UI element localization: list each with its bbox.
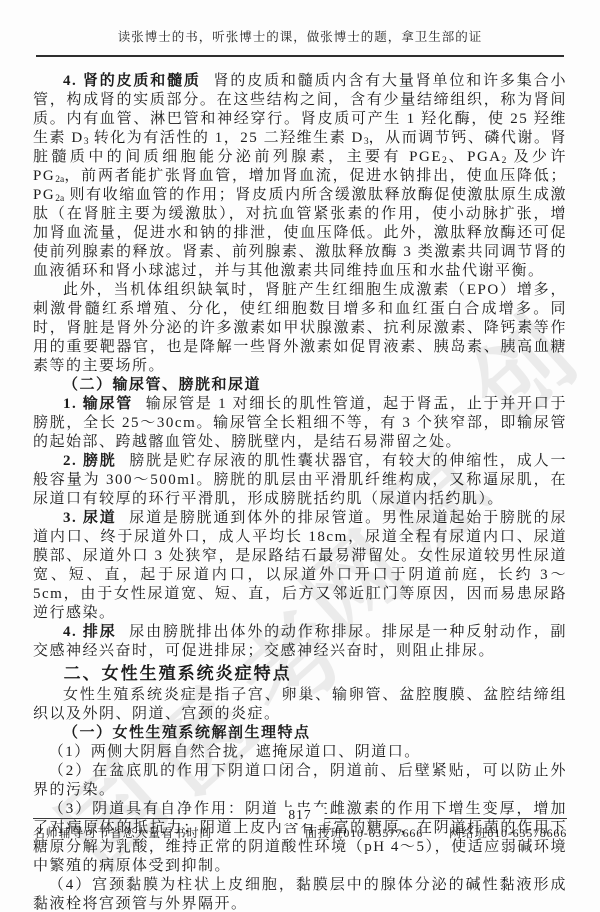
subsection-heading: （二）输尿管、膀胱和尿道	[33, 376, 567, 395]
document-body: 4. 肾的皮质和髓质肾的皮质和髓质内含有大量肾单位和许多集合小管，构成肾的实质部…	[33, 72, 567, 912]
paragraph-lead: 2. 膀胱	[63, 453, 117, 469]
paragraph-lead: 4. 肾的皮质和髓质	[63, 73, 201, 89]
page-footer: 817 名师辅导可节省您大量看书时间 面授班010-63577666 网络班01…	[33, 818, 567, 841]
paragraph: 2. 膀胱膀胱是贮存尿液的肌性囊状器官，有较大的伸缩性，成人一般容量为 300～…	[33, 452, 567, 509]
paragraph: 女性生殖系统炎症是指子宫、卵巢、输卵管、盆腔腹膜、盆腔结缔组织以及外阴、阴道、宫…	[33, 686, 567, 724]
paragraph: 3. 尿道尿道是膀胱通到体外的排尿管道。男性尿道起始于膀胱的尿道内口、终于尿道外…	[33, 509, 567, 623]
list-item: （1）两侧大阴唇自然合拢，遮掩尿道口、阴道口。	[33, 743, 567, 762]
footer-contacts: 面授班010-63577666 网络班010-63578666	[305, 824, 567, 841]
paragraph: 1. 输尿管输尿管是 1 对细长的肌性管道，起于肾盂，止于并开口于膀胱，全长 2…	[33, 395, 567, 452]
footer-row: 名师辅导可节省您大量看书时间 面授班010-63577666 网络班010-63…	[33, 824, 567, 841]
paragraph-lead: 3. 尿道	[63, 510, 117, 526]
footer-phone-online: 网络班010-63578666	[449, 824, 567, 841]
page-number: 817	[275, 807, 324, 823]
paragraph-lead: 1. 输尿管	[63, 396, 133, 412]
paragraph: 此外，当机体组织缺氧时，肾脏产生红细胞生成激素（EPO）增多，刺激骨髓红系增殖、…	[33, 281, 567, 376]
footer-phone-onsite: 面授班010-63577666	[305, 824, 423, 841]
page-header: 读张博士的书，听张博士的课，做张博士的题，拿卫生部的证	[0, 0, 600, 57]
footer-left-text: 名师辅导可节省您大量看书时间	[33, 824, 212, 841]
footer-rule: 817	[33, 818, 567, 819]
paragraph: 4. 排尿尿由膀胱排出体外的动作称排尿。排尿是一种反射动作，副交感神经兴奋时，可…	[33, 623, 567, 661]
paragraph: 4. 肾的皮质和髓质肾的皮质和髓质内含有大量肾单位和许多集合小管，构成肾的实质部…	[33, 72, 567, 281]
paragraph-lead: 4. 排尿	[63, 624, 117, 640]
list-item: （2）在盆底肌的作用下阴道口闭合，阴道前、后壁紧贴，可以防止外界的污染。	[33, 762, 567, 800]
header-rule	[36, 55, 564, 57]
section-heading: 二、女性生殖系统炎症特点	[33, 661, 567, 686]
list-item: （4）宫颈黏膜为柱状上皮细胞，黏膜层中的腺体分泌的碱性黏液形成黏液栓将宫颈管与外…	[33, 876, 567, 912]
header-slogan: 读张博士的书，听张博士的课，做张博士的题，拿卫生部的证	[0, 0, 600, 46]
subsection-heading: （一）女性生殖系统解剖生理特点	[33, 724, 567, 743]
document-page: 国医考网原创 读张博士的书，听张博士的课，做张博士的题，拿卫生部的证 4. 肾的…	[0, 0, 600, 912]
